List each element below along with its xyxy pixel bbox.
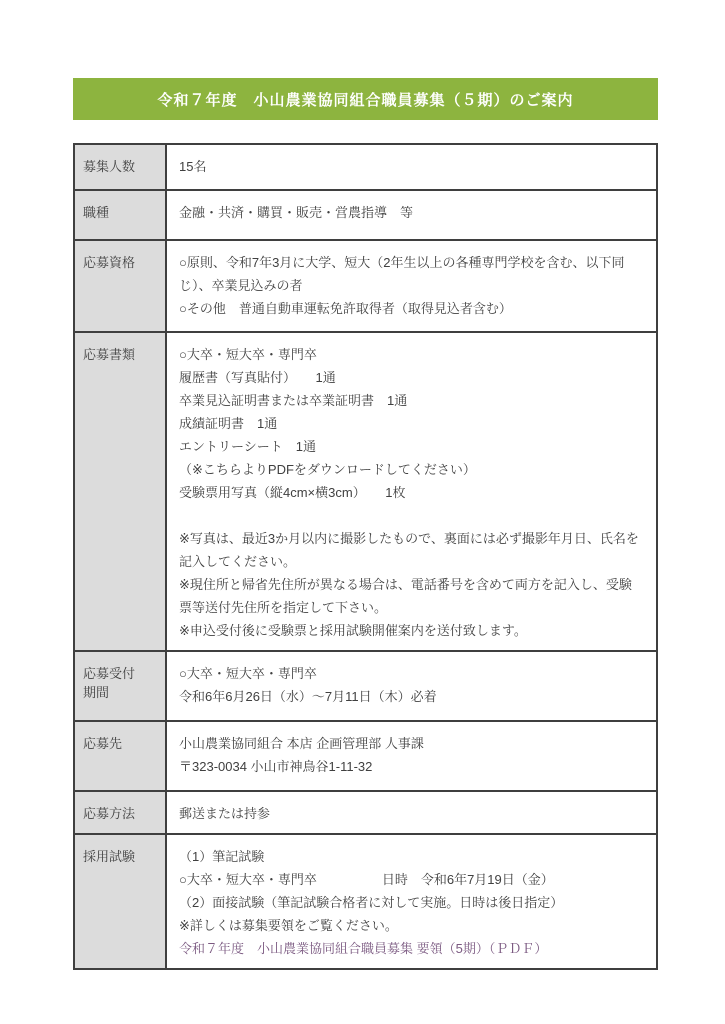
row-content-oubo-shikaku: ○原則、令和7年3月に大学、短大（2年生以上の各種専門学校を含む、以下同じ）、卒… [166, 240, 657, 332]
text-line: （2）面接試験（筆記試験合格者に対して実施。日時は後日指定） [179, 891, 644, 914]
table-row-uketsuke-kikan: 応募受付期間 ○大卒・短大卒・専門卒 令和6年6月26日（水）～7月11日（木）… [74, 651, 657, 721]
text-line: ※詳しくは募集要領をご覧ください。 [179, 914, 644, 937]
text-line: 令和6年6月26日（水）～7月11日（木）必着 [179, 685, 644, 708]
row-label-uketsuke-kikan: 応募受付期間 [74, 651, 166, 721]
page-title: 令和７年度 小山農業協同組合職員募集（５期）のご案内 [157, 89, 573, 110]
text-line: 卒業見込証明書または卒業証明書 1通 [179, 389, 644, 412]
row-label-text: 職種 [83, 203, 141, 222]
text-line: エントリーシート 1通 [179, 435, 644, 458]
row-content-oubo-houhou: 郵送または持参 [166, 791, 657, 834]
text-line: 受験票用写真（縦4cm×横3cm） 1枚 [179, 481, 644, 504]
title-banner: 令和７年度 小山農業協同組合職員募集（５期）のご案内 [73, 78, 658, 120]
row-content-oubo-saki: 小山農業協同組合 本店 企画管理部 人事課 〒323-0034 小山市神鳥谷1-… [166, 721, 657, 791]
text-line: 15名 [179, 155, 644, 178]
table-row-oubo-shikaku: 応募資格 ○原則、令和7年3月に大学、短大（2年生以上の各種専門学校を含む、以下… [74, 240, 657, 332]
row-label-text: 応募受付期間 [83, 664, 141, 702]
text-line: ○大卒・短大卒・専門卒 [179, 662, 644, 685]
row-content-saiyou-shiken: （1）筆記試験 ○大卒・短大卒・専門卒 日時 令和6年7月19日（金） （2）面… [166, 834, 657, 969]
row-label-saiyou-shiken: 採用試験 [74, 834, 166, 969]
row-content-oubo-shorui: ○大卒・短大卒・専門卒 履歴書（写真貼付） 1通 卒業見込証明書または卒業証明書… [166, 332, 657, 651]
row-content-uketsuke-kikan: ○大卒・短大卒・専門卒 令和6年6月26日（水）～7月11日（木）必着 [166, 651, 657, 721]
table-row-oubo-shorui: 応募書類 ○大卒・短大卒・専門卒 履歴書（写真貼付） 1通 卒業見込証明書または… [74, 332, 657, 651]
text-line: ○その他 普通自動車運転免許取得者（取得見込者含む） [179, 297, 644, 320]
text-line: ※申込受付後に受験票と採用試験開催案内を送付致します。 [179, 619, 644, 642]
row-label-text: 募集人数 [83, 157, 141, 176]
text-line: ※写真は、最近3か月以内に撮影したもので、裏面には必ず撮影年月日、氏名を記入して… [179, 527, 644, 573]
pdf-download-note[interactable]: （※こちらよりPDFをダウンロードしてください） [179, 458, 644, 481]
text-line: 小山農業協同組合 本店 企画管理部 人事課 [179, 732, 644, 755]
row-label-text: 応募先 [83, 734, 141, 753]
text-line: （1）筆記試験 [179, 845, 644, 868]
address-line: 〒323-0034 小山市神鳥谷1-11-32 [179, 755, 644, 778]
table-row-saiyou-shiken: 採用試験 （1）筆記試験 ○大卒・短大卒・専門卒 日時 令和6年7月19日（金）… [74, 834, 657, 969]
row-label-boshu-ninzu: 募集人数 [74, 144, 166, 190]
table-row-oubo-houhou: 応募方法 郵送または持参 [74, 791, 657, 834]
row-label-text: 応募資格 [83, 253, 141, 272]
recruitment-table: 募集人数 15名 職種 金融・共済・購買・販売・営農指導 等 応募資格 ○原則、… [73, 143, 658, 970]
text-line: ※現住所と帰省先住所が異なる場合は、電話番号を含めて両方を記入し、受験票等送付先… [179, 573, 644, 619]
table-row-boshu-ninzu: 募集人数 15名 [74, 144, 657, 190]
row-label-oubo-shikaku: 応募資格 [74, 240, 166, 332]
text-line: ○原則、令和7年3月に大学、短大（2年生以上の各種専門学校を含む、以下同じ）、卒… [179, 251, 644, 297]
spacer-line [179, 504, 644, 527]
row-content-boshu-ninzu: 15名 [166, 144, 657, 190]
text-line: 金融・共済・購買・販売・営農指導 等 [179, 201, 644, 224]
text-line: ○大卒・短大卒・専門卒 [179, 343, 644, 366]
row-label-text: 応募書類 [83, 345, 141, 364]
text-line: 郵送または持参 [179, 802, 644, 825]
row-label-oubo-shorui: 応募書類 [74, 332, 166, 651]
row-content-shokushu: 金融・共済・購買・販売・営農指導 等 [166, 190, 657, 240]
table-row-oubo-saki: 応募先 小山農業協同組合 本店 企画管理部 人事課 〒323-0034 小山市神… [74, 721, 657, 791]
row-label-text: 応募方法 [83, 804, 141, 823]
table-row-shokushu: 職種 金融・共済・購買・販売・営農指導 等 [74, 190, 657, 240]
row-label-oubo-houhou: 応募方法 [74, 791, 166, 834]
text-line: ○大卒・短大卒・専門卒 日時 令和6年7月19日（金） [179, 868, 644, 891]
row-label-text: 採用試験 [83, 847, 141, 866]
text-line: 成績証明書 1通 [179, 412, 644, 435]
text-line: 履歴書（写真貼付） 1通 [179, 366, 644, 389]
row-label-shokushu: 職種 [74, 190, 166, 240]
pdf-requirements-link[interactable]: 令和７年度 小山農業協同組合職員募集 要領（5期）（ＰＤＦ） [179, 937, 644, 960]
row-label-oubo-saki: 応募先 [74, 721, 166, 791]
